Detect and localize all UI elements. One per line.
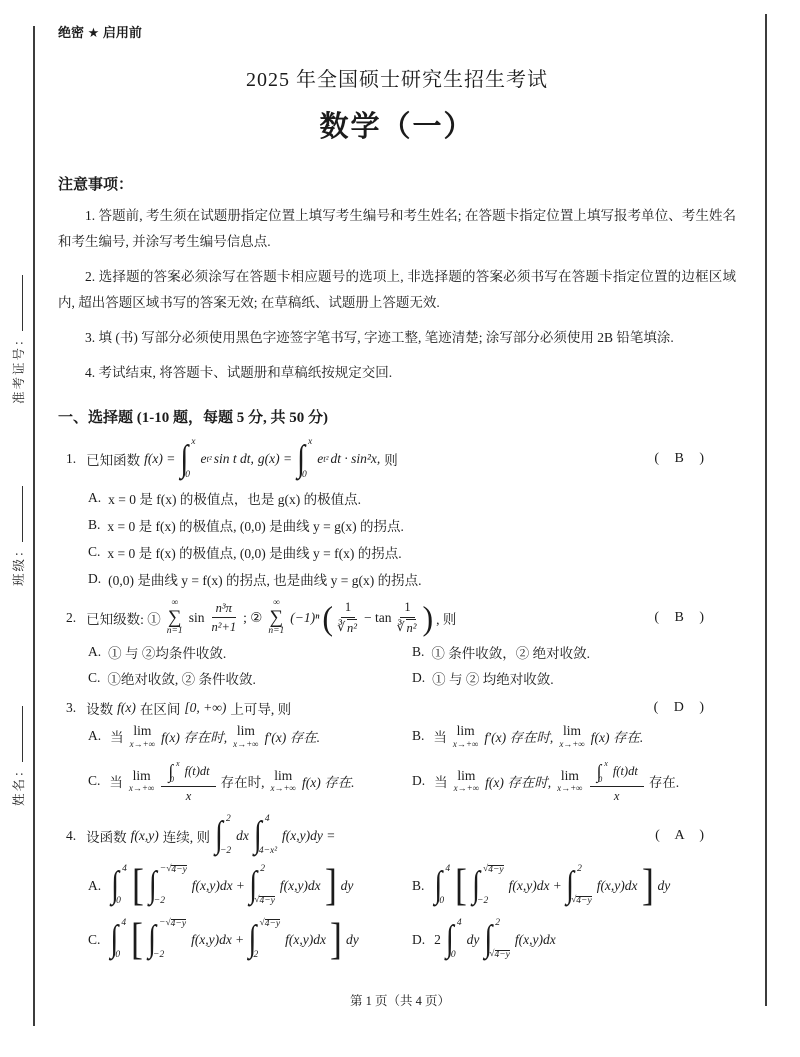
integral-upper: x bbox=[604, 760, 608, 768]
question-2-number: 2. bbox=[66, 610, 76, 626]
fraction: n³πn²+1 bbox=[209, 600, 238, 636]
integral: ∫x0 bbox=[180, 437, 195, 481]
integral: ∫40 bbox=[111, 864, 127, 908]
q1-f-def: f(x) = bbox=[144, 451, 175, 467]
integral-upper: x bbox=[308, 438, 312, 448]
q3-option-b: B. 当 limx→+∞ f′(x) 存在时, limx→+∞ f(x) 存在. bbox=[412, 724, 736, 749]
integral-lower: √4−y bbox=[254, 896, 275, 907]
q4-option-c: C. ∫40 [ ∫−√4−y−2 f(x,y)dx + ∫√4−y2 f(x,… bbox=[88, 918, 412, 962]
integral: ∫x0 bbox=[297, 437, 312, 481]
option-label: A. bbox=[88, 490, 101, 506]
sidebar-class-label: 班级： bbox=[9, 486, 27, 586]
q3-interval: [0, +∞) bbox=[184, 700, 226, 716]
summation: ∞∑n=1 bbox=[167, 599, 183, 636]
q2-option-c: C.①绝对收敛, ② 条件收敛. bbox=[88, 668, 412, 688]
lim-word: lim bbox=[563, 724, 581, 738]
sum-icon: ∑ bbox=[168, 609, 182, 627]
option-label: B. bbox=[88, 517, 100, 533]
q2-pre-text: 已知级数: ① bbox=[86, 608, 161, 628]
cbrt-icon: ∛ bbox=[397, 619, 405, 635]
cbrt-icon: ∛ bbox=[337, 619, 345, 635]
integral: ∫44−x² bbox=[254, 814, 277, 858]
q3-option-d: D. 当 limx→+∞ f(x) 存在时, limx→+∞ ∫x0f(t)dt… bbox=[412, 759, 736, 804]
q2-alt-sign: (−1)ⁿ bbox=[290, 610, 319, 626]
option-text: ① 与 ②均条件收敛. bbox=[108, 642, 226, 662]
right-bracket: ] bbox=[325, 864, 337, 908]
question-4: 4. 设函数 f(x,y) 连续, 则 ∫2−2 dx ∫44−x² f(x,y… bbox=[58, 814, 736, 962]
integral: ∫√4−y2 bbox=[249, 918, 281, 962]
radicand: n² bbox=[406, 619, 416, 636]
q2-options-row-2: C.①绝对收敛, ② 条件收敛. D.① 与 ② 均绝对收敛. bbox=[88, 668, 736, 688]
q3-s1: 设数 bbox=[86, 698, 113, 718]
option-label: C. bbox=[88, 932, 100, 948]
integrand: f(x,y)dx bbox=[280, 878, 321, 894]
integral-icon: ∫ bbox=[111, 867, 119, 904]
integrand: f(x,y)dx bbox=[192, 878, 233, 894]
plus-sign: + bbox=[236, 932, 244, 948]
sum-icon: ∑ bbox=[270, 609, 284, 627]
option-label: C. bbox=[88, 670, 100, 686]
name-blank-line bbox=[18, 706, 23, 762]
notice-item-3: 3. 填 (书) 写部分必须使用黑色字迹签字笔书写, 字迹工整, 笔迹清楚; 涂… bbox=[58, 325, 736, 351]
fraction-denominator: x bbox=[614, 787, 620, 804]
integral-lower: −2 bbox=[154, 897, 187, 907]
limit: limx→+∞ bbox=[129, 769, 154, 794]
option-label: B. bbox=[412, 878, 424, 894]
radicand: 4−y bbox=[259, 896, 274, 907]
page-content: 绝密 ★ 启用前 2025 年全国硕士研究生招生考试 数学（一） 注意事项： 1… bbox=[58, 22, 736, 962]
q1-option-b: B.x = 0 是 f(x) 的极值点, (0,0) 是曲线 y = g(x) … bbox=[88, 515, 736, 535]
q2-options-row-1: A.① 与 ②均条件收敛. B.① 条件收敛，② 绝对收敛. bbox=[88, 642, 736, 662]
integral-icon: ∫ bbox=[434, 867, 442, 904]
neg-sqrt-icon: −√ bbox=[159, 919, 171, 930]
integral: ∫√4−y−2 bbox=[472, 864, 504, 908]
fraction: 1∛n² bbox=[337, 599, 359, 636]
integral-icon: ∫ bbox=[110, 921, 118, 958]
integral-lower: −2 bbox=[477, 897, 504, 907]
lim-sub: x→+∞ bbox=[270, 784, 295, 793]
integral-icon: ∫ bbox=[180, 440, 188, 477]
integral: ∫x0 bbox=[597, 759, 608, 785]
question-1: 1. 已知函数 f(x) = ∫x0 et² sin t dt, g(x) = … bbox=[58, 437, 736, 589]
q4-pre2: 连续, 则 bbox=[163, 826, 210, 846]
q1-exp1: t² bbox=[207, 454, 212, 464]
exam-number-blank-line bbox=[18, 275, 23, 331]
section-title: 一、选择题 (1-10 题，每题 5 分, 共 50 分) bbox=[58, 406, 736, 427]
option-label: A. bbox=[88, 878, 101, 894]
limit: limx→+∞ bbox=[130, 724, 155, 749]
q2-sin: sin bbox=[189, 610, 205, 626]
numerator-tail: f(t)dt bbox=[185, 763, 210, 779]
lim-word: lim bbox=[237, 724, 255, 738]
fraction-numerator: n³π bbox=[212, 600, 236, 618]
question-3: 3. 设数 f(x) 在区间 [0, +∞) 上可导, 则 ( D ) A. 当… bbox=[58, 698, 736, 804]
option-math: f′(x) 存在时, bbox=[484, 726, 553, 746]
q2-option-b: B.① 条件收敛，② 绝对收敛. bbox=[412, 642, 736, 662]
option-text: 存在时, bbox=[221, 771, 265, 791]
sum-lower: n=1 bbox=[268, 627, 284, 637]
lim-sub: x→+∞ bbox=[559, 740, 584, 749]
integral-icon: ∫ bbox=[254, 817, 262, 854]
lim-sub: x→+∞ bbox=[557, 784, 582, 793]
q4-fxy: f(x,y) bbox=[131, 828, 159, 844]
integrand: f(x,y)dx bbox=[515, 932, 556, 948]
integral: ∫−√4−y−2 bbox=[148, 918, 186, 962]
neg-sqrt-icon: −√ bbox=[160, 865, 172, 876]
q1-exp2: t² bbox=[323, 454, 328, 464]
integral-icon: ∫ bbox=[484, 921, 492, 958]
fraction-numerator: ∫x0f(t)dt bbox=[161, 759, 215, 787]
q1-then: 则 bbox=[384, 449, 398, 469]
lim-sub: x→+∞ bbox=[454, 784, 479, 793]
integral-upper: −√4−y bbox=[160, 865, 187, 876]
option-label: D. bbox=[412, 932, 425, 948]
plus-sign: + bbox=[554, 878, 562, 894]
limit: limx→+∞ bbox=[233, 724, 258, 749]
q3-options-row-1: A. 当 limx→+∞ f(x) 存在时, limx→+∞ f′(x) 存在.… bbox=[88, 724, 736, 749]
when-text: 当 bbox=[110, 726, 124, 746]
integrand: f(x,y)dx bbox=[597, 878, 638, 894]
radicand: 4−y bbox=[265, 919, 280, 930]
sidebar-name-label: 姓名： bbox=[9, 706, 27, 806]
integral-icon: ∫ bbox=[149, 867, 157, 904]
left-page-rule bbox=[33, 26, 35, 1026]
option-text: x = 0 是 f(x) 的极值点, (0,0) 是曲线 y = f(x) 的拐… bbox=[107, 542, 401, 562]
q1-option-c: C.x = 0 是 f(x) 的极值点, (0,0) 是曲线 y = f(x) … bbox=[88, 542, 736, 562]
right-paren: ) bbox=[422, 601, 433, 635]
integral-upper: 4 bbox=[121, 919, 126, 929]
integral: ∫40 bbox=[434, 864, 450, 908]
option-label: B. bbox=[412, 644, 424, 660]
lim-word: lim bbox=[133, 724, 151, 738]
integral: ∫2√4−y bbox=[566, 864, 592, 908]
q3-option-c: C. 当 limx→+∞ ∫x0f(t)dtx 存在时, limx→+∞ f(x… bbox=[88, 759, 412, 804]
q2-mid: ; ② bbox=[243, 610, 262, 626]
option-text: ① 条件收敛，② 绝对收敛. bbox=[431, 642, 590, 662]
option-label: D. bbox=[412, 773, 425, 789]
option-label: D. bbox=[88, 571, 101, 587]
left-bracket: [ bbox=[132, 864, 144, 908]
notice-item-2: 2. 选择题的答案必须涂写在答题卡相应题号的选项上, 非选择题的答案必须书写在答… bbox=[58, 264, 736, 316]
q3-answer: ( D ) bbox=[654, 700, 710, 716]
q4-answer: ( A ) bbox=[655, 828, 710, 844]
integral-icon: ∫ bbox=[249, 867, 257, 904]
lim-word: lim bbox=[133, 769, 151, 783]
q3-options-row-2: C. 当 limx→+∞ ∫x0f(t)dtx 存在时, limx→+∞ f(x… bbox=[88, 759, 736, 804]
q4-stem-tail: f(x,y)dy = bbox=[282, 828, 335, 844]
sum-lower: n=1 bbox=[167, 627, 183, 637]
q1-after2: dt · sin²x, bbox=[330, 451, 380, 467]
lim-sub: x→+∞ bbox=[453, 740, 478, 749]
q2-option-d: D.① 与 ② 均绝对收敛. bbox=[412, 668, 736, 688]
exam-page: 准考证号： 班级： 姓名： 绝密 ★ 启用前 2025 年全国硕士研究生招生考试… bbox=[0, 0, 800, 1057]
radicand: 4−y bbox=[488, 865, 503, 876]
fraction-denominator: ∛n² bbox=[397, 618, 419, 636]
lim-sub: x→+∞ bbox=[130, 740, 155, 749]
integral-lower: −2 bbox=[153, 951, 186, 961]
integral-upper: 2 bbox=[577, 865, 592, 875]
q2-option-a: A.① 与 ②均条件收敛. bbox=[88, 642, 412, 662]
integral: ∫40 bbox=[110, 918, 126, 962]
right-bracket: ] bbox=[330, 918, 342, 962]
q1-option-a: A.x = 0 是 f(x) 的极值点，也是 g(x) 的极值点. bbox=[88, 488, 736, 508]
fraction: 1∛n² bbox=[397, 599, 419, 636]
integral-icon: ∫ bbox=[597, 762, 602, 782]
integral-icon: ∫ bbox=[297, 440, 305, 477]
coefficient: 2 bbox=[434, 932, 441, 948]
integral-upper: 2 bbox=[260, 865, 275, 875]
integrand: f(x,y)dx bbox=[509, 878, 550, 894]
integral: ∫2−2 bbox=[215, 814, 231, 858]
q1-answer: ( B ) bbox=[654, 451, 710, 467]
integral-upper: 2 bbox=[226, 815, 231, 825]
radicand: 4−y bbox=[495, 950, 510, 961]
limit: limx→+∞ bbox=[559, 724, 584, 749]
fraction-numerator: 1 bbox=[341, 599, 355, 617]
q4-dx: dx bbox=[236, 828, 249, 844]
subject-title: 数学（一） bbox=[58, 104, 736, 145]
integral-icon: ∫ bbox=[446, 921, 454, 958]
q4-option-d: D. 2 ∫40 dy ∫2√4−y f(x,y)dx bbox=[412, 918, 736, 962]
integral-lower: √4−y bbox=[571, 896, 592, 907]
summation: ∞∑n=1 bbox=[268, 599, 284, 636]
integral: ∫x0 bbox=[168, 759, 179, 785]
integral-icon: ∫ bbox=[249, 921, 257, 958]
class-text: 班级： bbox=[12, 542, 26, 586]
classification-banner: 绝密 ★ 启用前 bbox=[58, 22, 736, 41]
when-text: 当 bbox=[433, 726, 447, 746]
lim-word: lim bbox=[457, 724, 475, 738]
fraction-denominator: ∛n² bbox=[337, 618, 359, 636]
integrand: f(x,y)dx bbox=[191, 932, 232, 948]
fraction-numerator: ∫x0f(t)dt bbox=[590, 759, 644, 787]
option-text: ①绝对收敛, ② 条件收敛. bbox=[107, 668, 256, 688]
question-4-stem: 4. 设函数 f(x,y) 连续, 则 ∫2−2 dx ∫44−x² f(x,y… bbox=[58, 814, 736, 858]
question-3-number: 3. bbox=[66, 700, 76, 716]
left-bracket: [ bbox=[455, 864, 467, 908]
right-page-rule bbox=[765, 14, 767, 1006]
lim-sub: x→+∞ bbox=[129, 784, 154, 793]
integral-upper: √4−y bbox=[483, 865, 504, 876]
integral: ∫40 bbox=[446, 918, 462, 962]
option-text: (0,0) 是曲线 y = f(x) 的拐点, 也是曲线 y = g(x) 的拐… bbox=[108, 569, 421, 589]
question-1-options: A.x = 0 是 f(x) 的极值点，也是 g(x) 的极值点. B.x = … bbox=[88, 488, 736, 589]
fraction-numerator: 1 bbox=[400, 599, 414, 617]
option-math: f(x) 存在时, bbox=[485, 771, 551, 791]
integral-icon: ∫ bbox=[168, 762, 173, 782]
q1-after1: sin t dt, bbox=[214, 451, 254, 467]
integral-upper: 4 bbox=[457, 919, 462, 929]
q4-dy: dy bbox=[467, 932, 480, 948]
integral-upper: 4 bbox=[445, 865, 450, 875]
q4-dy: dy bbox=[658, 878, 671, 894]
integral-upper: x bbox=[191, 438, 195, 448]
exam-number-text: 准考证号： bbox=[12, 331, 26, 404]
radicand: 4−y bbox=[171, 865, 186, 876]
radicand: 4−y bbox=[576, 896, 591, 907]
exam-title: 2025 年全国硕士研究生招生考试 bbox=[58, 63, 736, 92]
limit: limx→+∞ bbox=[453, 724, 478, 749]
option-text: x = 0 是 f(x) 的极值点, (0,0) 是曲线 y = g(x) 的拐… bbox=[107, 515, 403, 535]
integral-upper: 4 bbox=[122, 865, 127, 875]
question-4-number: 4. bbox=[66, 828, 76, 844]
q2-minus-tan: − tan bbox=[364, 610, 391, 626]
option-text: x = 0 是 f(x) 的极值点，也是 g(x) 的极值点. bbox=[108, 488, 361, 508]
question-2: 2. 已知级数: ① ∞∑n=1 sin n³πn²+1 ; ② ∞∑n=1 (… bbox=[58, 599, 736, 688]
q4-options-row-1: A. ∫40 [ ∫−√4−y−2 f(x,y)dx + ∫2√4−y f(x,… bbox=[88, 864, 736, 908]
option-label: C. bbox=[88, 773, 100, 789]
integral-upper: x bbox=[176, 760, 180, 768]
question-3-stem: 3. 设数 f(x) 在区间 [0, +∞) 上可导, 则 ( D ) bbox=[58, 698, 736, 718]
notice-item-1: 1. 答题前, 考生须在试题册指定位置上填写考生编号和考生姓名; 在答题卡指定位… bbox=[58, 203, 736, 255]
q4-options-row-2: C. ∫40 [ ∫−√4−y−2 f(x,y)dx + ∫√4−y2 f(x,… bbox=[88, 918, 736, 962]
left-paren: ( bbox=[322, 601, 333, 635]
question-1-stem: 1. 已知函数 f(x) = ∫x0 et² sin t dt, g(x) = … bbox=[58, 437, 736, 481]
q4-option-b: B. ∫40 [ ∫√4−y−2 f(x,y)dx + ∫2√4−y f(x,y… bbox=[412, 864, 736, 908]
integral-icon: ∫ bbox=[215, 817, 223, 854]
radicand: n² bbox=[347, 619, 357, 636]
integral-upper: 4 bbox=[265, 815, 277, 825]
integral-lower: √4−y bbox=[489, 950, 510, 961]
limit: limx→+∞ bbox=[557, 769, 582, 794]
option-label: A. bbox=[88, 644, 101, 660]
integral-lower: 2 bbox=[253, 951, 280, 961]
fraction: ∫x0f(t)dtx bbox=[590, 759, 644, 804]
question-2-stem: 2. 已知级数: ① ∞∑n=1 sin n³πn²+1 ; ② ∞∑n=1 (… bbox=[58, 599, 736, 636]
q1-g-def: g(x) = bbox=[258, 451, 292, 467]
lim-sub: x→+∞ bbox=[233, 740, 258, 749]
option-math: f′(x) 存在. bbox=[265, 726, 320, 746]
option-text: 存在. bbox=[649, 771, 679, 791]
q2-answer: ( B ) bbox=[654, 610, 710, 626]
class-blank-line bbox=[18, 486, 23, 542]
when-text: 当 bbox=[434, 771, 448, 791]
fraction-denominator: n²+1 bbox=[211, 618, 236, 635]
question-1-number: 1. bbox=[66, 451, 76, 467]
integral: ∫−√4−y−2 bbox=[149, 864, 187, 908]
name-text: 姓名： bbox=[12, 762, 26, 806]
q3-fx: f(x) bbox=[117, 700, 136, 716]
page-number: 第 1 页（共 4 页） bbox=[0, 991, 800, 1009]
q4-dy: dy bbox=[346, 932, 359, 948]
right-bracket: ] bbox=[642, 864, 654, 908]
integral-upper: 2 bbox=[495, 919, 510, 929]
option-math: f(x) 存在. bbox=[591, 726, 643, 746]
q4-pre1: 设函数 bbox=[86, 826, 127, 846]
integral-icon: ∫ bbox=[566, 867, 574, 904]
option-label: D. bbox=[412, 670, 425, 686]
plus-sign: + bbox=[237, 878, 245, 894]
option-label: C. bbox=[88, 544, 100, 560]
notice-title: 注意事项： bbox=[58, 173, 736, 194]
q1-option-d: D.(0,0) 是曲线 y = f(x) 的拐点, 也是曲线 y = g(x) … bbox=[88, 569, 736, 589]
q1-pre-text: 已知函数 bbox=[86, 449, 140, 469]
lim-word: lim bbox=[274, 769, 292, 783]
integral-icon: ∫ bbox=[472, 867, 480, 904]
integrand: f(x,y)dx bbox=[285, 932, 326, 948]
integral-upper: √4−y bbox=[259, 919, 280, 930]
q3-option-a: A. 当 limx→+∞ f(x) 存在时, limx→+∞ f′(x) 存在. bbox=[88, 724, 412, 749]
when-text: 当 bbox=[109, 771, 123, 791]
q3-s2: 在区间 bbox=[140, 698, 181, 718]
q4-option-a: A. ∫40 [ ∫−√4−y−2 f(x,y)dx + ∫2√4−y f(x,… bbox=[88, 864, 412, 908]
fraction-denominator: x bbox=[186, 787, 192, 804]
integral-upper: −√4−y bbox=[159, 919, 186, 930]
sidebar-exam-number-label: 准考证号： bbox=[9, 275, 27, 404]
limit: limx→+∞ bbox=[454, 769, 479, 794]
option-label: A. bbox=[88, 728, 101, 744]
lim-word: lim bbox=[457, 769, 475, 783]
numerator-tail: f(t)dt bbox=[613, 763, 638, 779]
option-math: f(x) 存在. bbox=[302, 771, 354, 791]
integral: ∫2√4−y bbox=[249, 864, 275, 908]
option-math: f(x) 存在时, bbox=[161, 726, 227, 746]
q4-dy: dy bbox=[341, 878, 354, 894]
notice-item-4: 4. 考试结束, 将答题卡、试题册和草稿纸按规定交回. bbox=[58, 360, 736, 386]
lim-word: lim bbox=[561, 769, 579, 783]
left-bracket: [ bbox=[131, 918, 143, 962]
limit: limx→+∞ bbox=[270, 769, 295, 794]
q2-then: , 则 bbox=[436, 608, 456, 628]
integral: ∫2√4−y bbox=[484, 918, 510, 962]
option-label: B. bbox=[412, 728, 424, 744]
option-text: ① 与 ② 均绝对收敛. bbox=[432, 668, 554, 688]
radicand: 4−y bbox=[171, 919, 186, 930]
integral-icon: ∫ bbox=[148, 921, 156, 958]
q3-s3: 上可导, 则 bbox=[230, 698, 291, 718]
fraction: ∫x0f(t)dtx bbox=[161, 759, 215, 804]
